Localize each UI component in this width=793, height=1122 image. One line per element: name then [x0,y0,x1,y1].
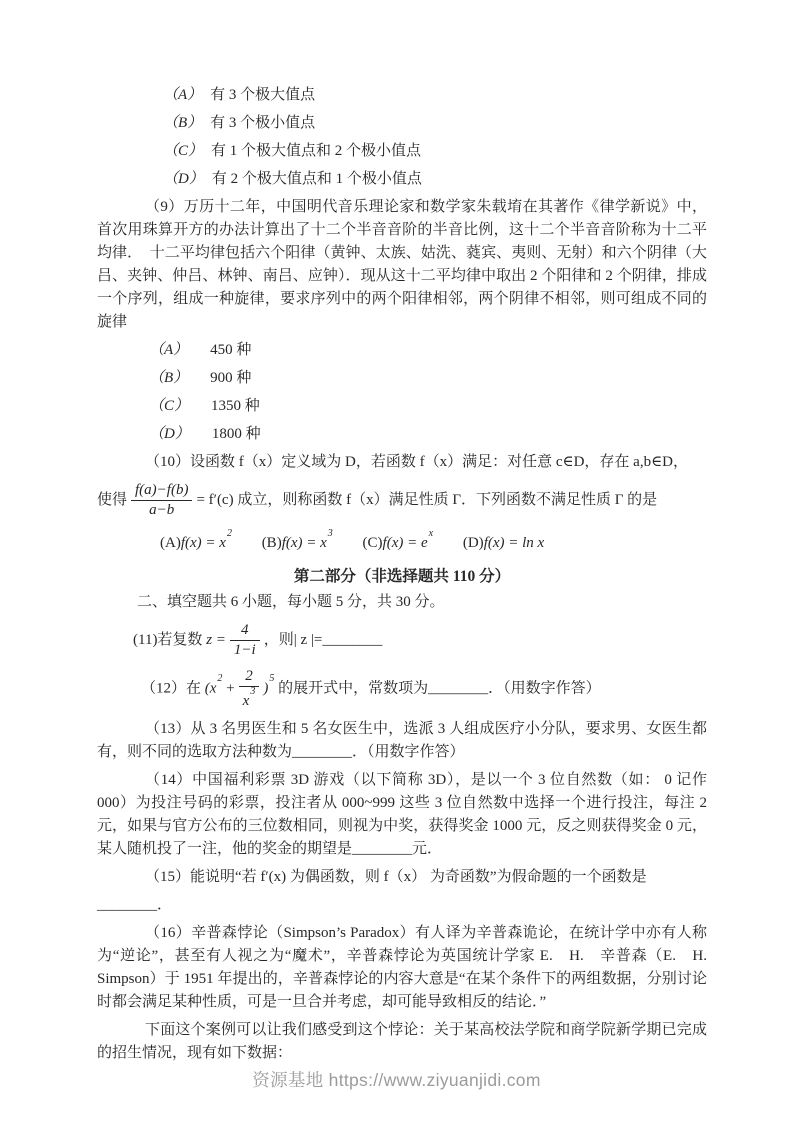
option-text: 450 种 [210,342,251,358]
answer-blank: ________ [428,680,488,696]
option-label: （B） [149,370,188,386]
question-12-line: （12）在 (x2 +2x3)5 的展开式中，常数项为________．（用数字… [97,667,707,711]
question-8-option-d: （D）有 2 个极大值点和 1 个极小值点 [97,168,707,191]
option-text: 有 2 个极大值点和 1 个极小值点 [212,171,422,187]
question-11-suffix: ，则| z |= [264,632,323,648]
question-10-formula-line: 使得f(a)−f(b)a−b= f′(c) 成立，则称函数 f（x）满足性质 Γ… [97,481,707,520]
option-label: (B) [262,535,282,551]
closing-paragraph: 下面这个案例可以让我们感受到这个悖论：关于某高校法学院和商学院新学期已完成的招生… [97,1019,707,1065]
option-text: 1800 种 [212,426,261,442]
fraction-denominator: x3 [239,686,260,711]
question-10-option-d: (D)f(x) = ln x [463,535,544,551]
question-13-text: （13）从 3 名男医生和 5 名女医生中，选派 3 人组成医疗小分队，要求男、… [97,718,707,764]
question-11-variable: z = [206,632,226,648]
question-10-option-b: (B)f(x) = x3 [262,535,333,551]
question-11-prefix: (11)若复数 [133,632,202,648]
option-text: 有 1 个极大值点和 2 个极小值点 [211,143,421,159]
formula-prefix: 使得 [97,492,127,508]
option-text: 有 3 个极小值点 [210,115,315,131]
expression-open: (x [205,680,217,696]
option-exponent: x [429,528,433,539]
question-10-option-c: (C)f(x) = ex [363,535,434,551]
question-12-prefix: （12）在 [141,680,201,696]
option-formula: f(x) = x [181,535,226,551]
question-8-option-a: （A）有 3 个极大值点 [97,84,707,107]
question-15-text: （15）能说明“若 f′(x) 为偶函数，则 f（x） 为奇函数”为假命题的一个… [97,866,707,889]
option-formula: f(x) = e [383,535,428,551]
formula-suffix: = f′(c) 成立，则称函数 f（x）满足性质 Γ．下列函数不满足性质 Γ 的… [196,492,657,508]
question-9-option-c: （C）1350 种 [97,395,707,418]
question-9-option-a: （A）450 种 [97,339,707,362]
fraction-denominator: 1−i [230,640,260,660]
plus-sign: + [226,680,234,696]
question-9-text: （9）万历十二年，中国明代音乐理论家和数学家朱载堉在其著作《律学新说》中，首次用… [97,196,707,334]
question-15-answer-blank: ________． [97,894,707,917]
question-10-options: (A)f(x) = x2 (B)f(x) = x3 (C)f(x) = ex (… [97,527,707,555]
question-10-option-a: (A)f(x) = x2 [160,535,232,551]
question-16-text: （16）辛普森悖论（Simpson’s Paradox）有人译为辛普森诡论，在统… [97,922,707,1014]
fraction-numerator: f(a)−f(b) [131,481,192,500]
part-2-header: 第二部分（非选择题共 110 分） [97,565,707,588]
option-label: （D） [163,171,204,187]
exam-content: （A）有 3 个极大值点 （B）有 3 个极小值点 （C）有 1 个极大值点和 … [0,0,793,1065]
option-exponent: 2 [227,528,232,539]
option-formula: f(x) = ln x [484,535,545,551]
exam-document-page: （A）有 3 个极大值点 （B）有 3 个极小值点 （C）有 1 个极大值点和 … [0,0,793,1122]
exponent: 5 [269,673,274,684]
fraction-numerator: 4 [230,621,260,640]
fraction: 41−i [230,621,260,660]
question-9-option-d: （D）1800 种 [97,423,707,446]
expression-close: ) [263,680,268,696]
option-text: 900 种 [210,370,251,386]
option-text: 有 3 个极大值点 [210,87,315,103]
option-formula: f(x) = x [282,535,327,551]
fraction-numerator: 2 [239,667,260,686]
option-label: (C) [363,535,383,551]
option-label: （A） [149,342,188,358]
fraction: f(a)−f(b)a−b [131,481,192,520]
question-8-option-b: （B）有 3 个极小值点 [97,112,707,135]
option-exponent: 3 [328,528,333,539]
fraction-denominator: a−b [131,500,192,520]
question-9-option-b: （B）900 种 [97,367,707,390]
question-11-line: (11)若复数 z =41−i，则| z |=________ [97,621,707,660]
answer-blank: ________ [322,632,382,648]
option-label: （C） [149,398,189,414]
question-12-suffix: 的展开式中，常数项为 [278,680,428,696]
question-14-text: （14）中国福利彩票 3D 游戏（以下简称 3D），是以一个 3 位自然数（如：… [97,769,707,861]
option-label: （C） [163,143,203,159]
question-8-option-c: （C）有 1 个极大值点和 2 个极小值点 [97,140,707,163]
question-12-tail: ．（用数字作答） [488,680,601,696]
question-10-text: （10）设函数 f（x）定义域为 D，若函数 f（x）满足：对任意 c∈D，存在… [97,451,707,474]
part-2-section-intro: 二、填空题共 6 小题，每小题 5 分，共 30 分。 [97,591,707,614]
option-label: （B） [163,115,202,131]
exponent: 2 [217,673,222,684]
fraction: 2x3 [239,667,260,711]
denominator-exponent: 3 [250,686,255,697]
option-label: (D) [463,535,484,551]
denominator-base: x [243,693,250,709]
option-label: （A） [163,87,202,103]
option-text: 1350 种 [211,398,260,414]
option-label: (A) [160,535,181,551]
option-label: （D） [149,426,190,442]
site-watermark: 资源基地 https://www.ziyuanjidi.com [0,1067,793,1092]
